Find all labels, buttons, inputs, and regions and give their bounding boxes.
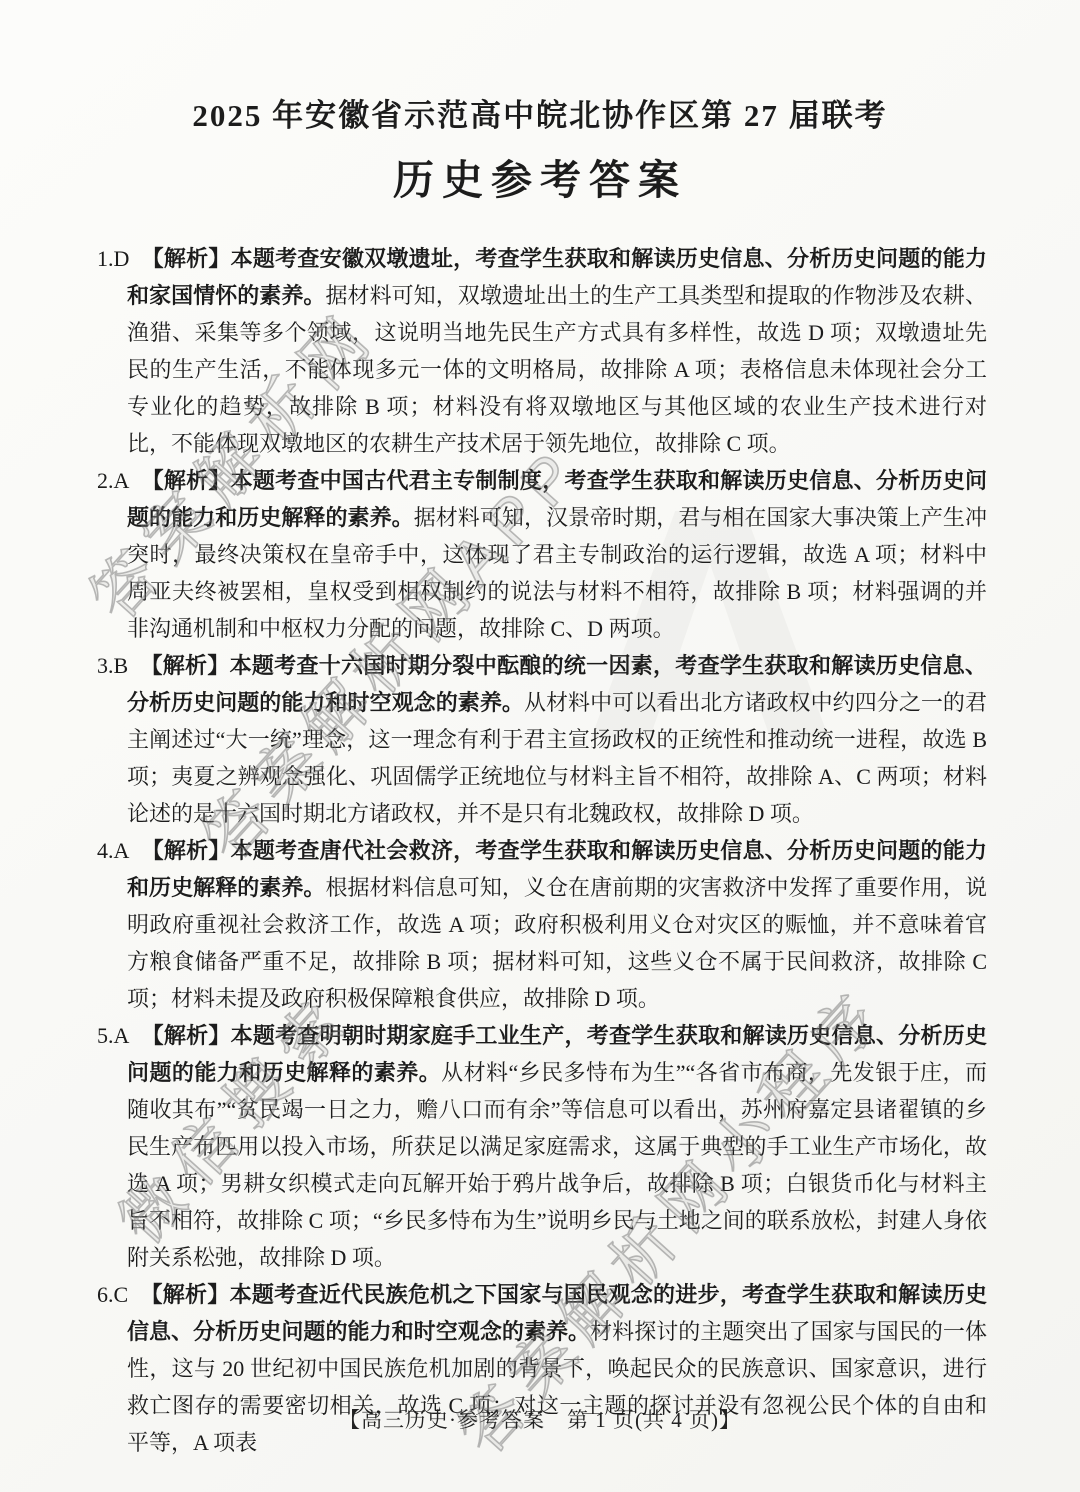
answer-number: 4.A	[97, 838, 129, 863]
title-block: 2025 年安徽省示范高中皖北协作区第 27 届联考 历史参考答案	[0, 0, 1080, 206]
answers-list: 1.D【解析】本题考查安徽双墩遗址，考查学生获取和解读历史信息、分析历史问题的能…	[97, 240, 987, 1461]
answer-number: 3.B	[97, 653, 128, 678]
answer-number: 5.A	[97, 1023, 129, 1048]
answer-item-2: 2.A【解析】本题考查中国古代君主专制制度，考查学生获取和解读历史信息、分析历史…	[97, 462, 987, 647]
answer-item-4: 4.A【解析】本题考查唐代社会救济，考查学生获取和解读历史信息、分析历史问题的能…	[97, 832, 987, 1017]
answer-explanation: 从材料“乡民多恃布为生”“各省市布商，先发银于庄，而随收其布”“贫民竭一日之力，…	[127, 1060, 987, 1270]
answer-item-3: 3.B【解析】本题考查十六国时期分裂中酝酿的统一因素，考查学生获取和解读历史信息…	[97, 647, 987, 832]
answer-item-1: 1.D【解析】本题考查安徽双墩遗址，考查学生获取和解读历史信息、分析历史问题的能…	[97, 240, 987, 462]
answer-key-page: A 答案解析网 答案解析网APP 微信搜索 答案解析网小程序 2025 年安徽省…	[0, 0, 1080, 1492]
answer-number: 2.A	[97, 468, 129, 493]
answer-number: 6.C	[97, 1282, 128, 1307]
answer-explanation: 据材料可知，双墩遗址出土的生产工具类型和提取的作物涉及农耕、渔猎、采集等多个领域…	[127, 283, 987, 456]
subject-title: 历史参考答案	[0, 147, 1080, 206]
page-footer: 【高三历史·参考答案 第 1 页(共 4 页)】	[0, 1404, 1080, 1434]
answer-number: 1.D	[97, 246, 129, 271]
answer-item-5: 5.A【解析】本题考查明朝时期家庭手工业生产，考查学生获取和解读历史信息、分析历…	[97, 1017, 987, 1276]
exam-title: 2025 年安徽省示范高中皖北协作区第 27 届联考	[0, 90, 1080, 135]
